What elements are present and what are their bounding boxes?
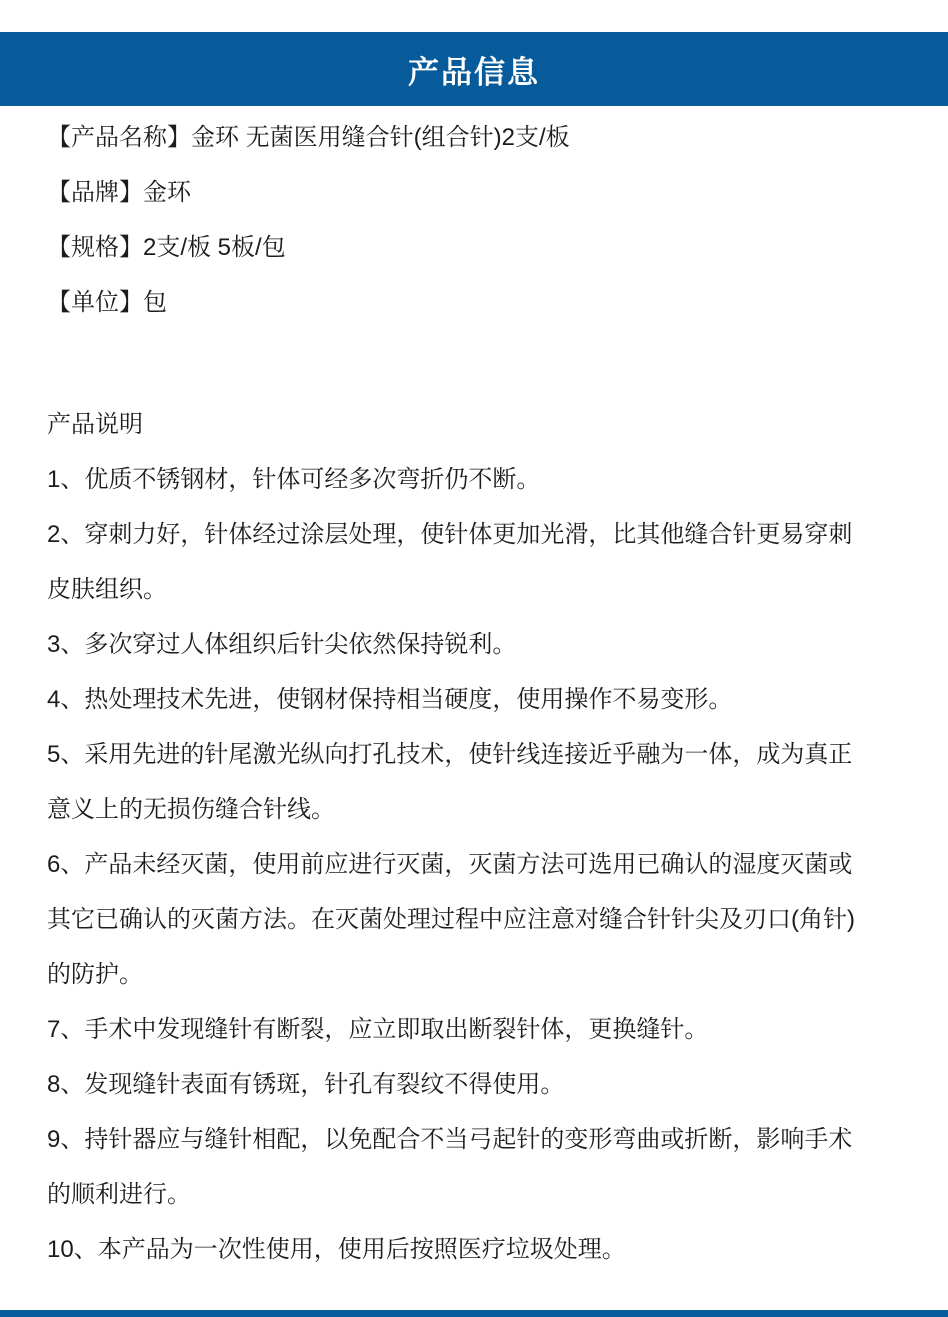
product-info-header-bar: 产品信息: [0, 32, 948, 106]
product-field-brand: 【品牌】金环: [47, 165, 901, 220]
field-label: 【规格】: [47, 234, 143, 261]
product-field-unit: 【单位】包: [47, 275, 901, 330]
description-item-2: 2、穿刺力好，针体经过涂层处理，使针体更加光滑，比其他缝合针更易穿刺 皮肤组织。: [47, 507, 901, 617]
description-item-3: 3、多次穿过人体组织后针尖依然保持锐利。: [47, 617, 901, 672]
description-item-8: 8、发现缝针表面有锈斑，针孔有裂纹不得使用。: [47, 1057, 901, 1112]
product-field-spec: 【规格】2支/板 5板/包: [47, 220, 901, 275]
field-value: 金环 无菌医用缝合针(组合针)2支/板: [191, 124, 570, 151]
bottom-white-gap: [0, 1277, 948, 1310]
top-white-gap: [0, 0, 948, 32]
section-spacer: [0, 330, 948, 397]
field-value: 包: [143, 289, 167, 316]
field-label: 【品牌】: [47, 179, 143, 206]
product-info-section: 【产品名称】金环 无菌医用缝合针(组合针)2支/板 【品牌】金环 【规格】2支/…: [0, 110, 948, 330]
description-item-10: 10、本产品为一次性使用，使用后按照医疗垃圾处理。: [47, 1222, 901, 1277]
description-item-6: 6、产品未经灭菌，使用前应进行灭菌，灭菌方法可选用已确认的湿度灭菌或 其它已确认…: [47, 837, 901, 1002]
description-item-4: 4、热处理技术先进，使钢材保持相当硬度，使用操作不易变形。: [47, 672, 901, 727]
field-value: 金环: [143, 179, 191, 206]
description-item-5: 5、采用先进的针尾激光纵向打孔技术，使针线连接近乎融为一体，成为真正 意义上的无…: [47, 727, 901, 837]
description-item-1: 1、优质不锈钢材，针体可经多次弯折仍不断。: [47, 452, 901, 507]
description-item-9: 9、持针器应与缝针相配，以免配合不当弓起针的变形弯曲或折断，影响手术 的顺利进行…: [47, 1112, 901, 1222]
description-heading: 产品说明: [47, 397, 901, 452]
page-title: 产品信息: [408, 47, 540, 92]
description-item-7: 7、手术中发现缝针有断裂，应立即取出断裂针体，更换缝针。: [47, 1002, 901, 1057]
product-description-section: 产品说明 1、优质不锈钢材，针体可经多次弯折仍不断。 2、穿刺力好，针体经过涂层…: [0, 397, 948, 1277]
product-field-name: 【产品名称】金环 无菌医用缝合针(组合针)2支/板: [47, 110, 901, 165]
next-section-header-edge: [0, 1310, 948, 1317]
field-label: 【单位】: [47, 289, 143, 316]
field-label: 【产品名称】: [47, 124, 191, 151]
field-value: 2支/板 5板/包: [143, 234, 286, 261]
product-detail-page: 产品信息 【产品名称】金环 无菌医用缝合针(组合针)2支/板 【品牌】金环 【规…: [0, 0, 948, 1317]
